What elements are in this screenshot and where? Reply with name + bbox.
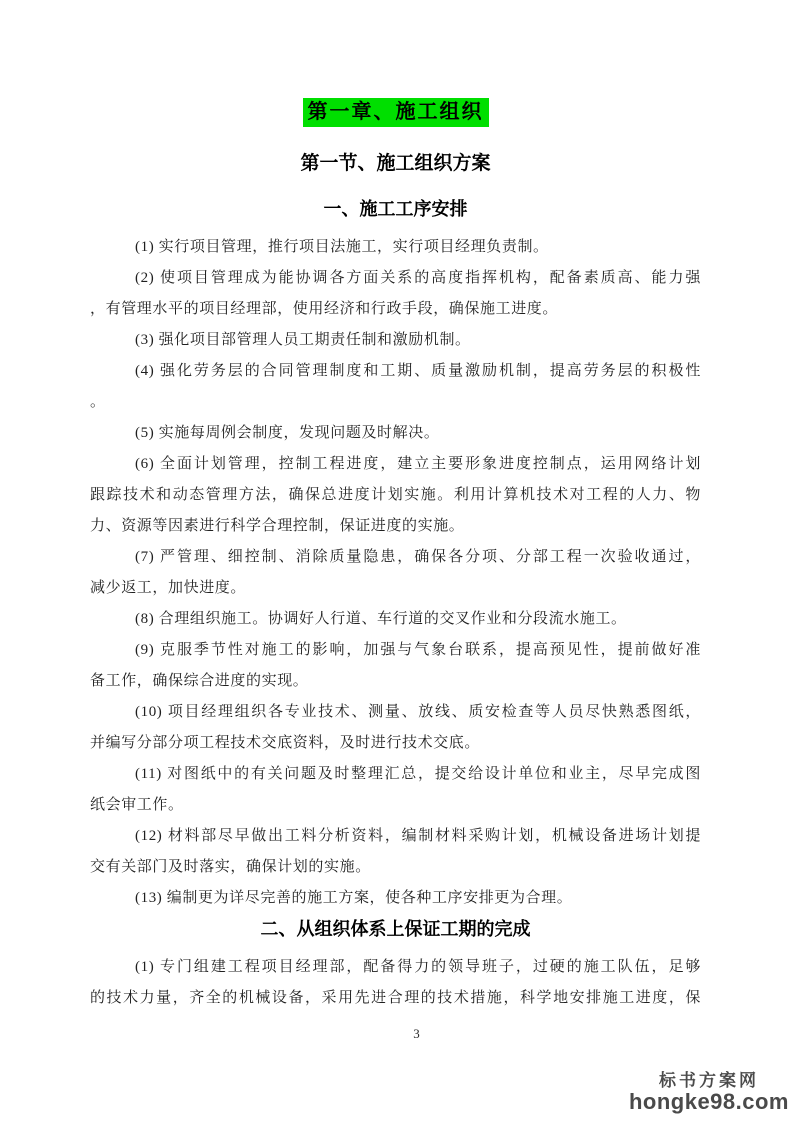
body-line: (5) 实施每周例会制度，发现问题及时解决。 bbox=[90, 418, 701, 449]
body-line: 跟踪技术和动态管理方法，确保总进度计划实施。利用计算机技术对工程的人力、物 bbox=[90, 480, 701, 511]
body-line: 纸会审工作。 bbox=[90, 790, 701, 821]
body-line: (2) 使项目管理成为能协调各方面关系的高度指挥机构，配备素质高、能力强 bbox=[90, 263, 701, 294]
body-line: 并编写分部分项工程技术交底资料，及时进行技术交底。 bbox=[90, 728, 701, 759]
watermark: 标书方案网 hongke98.com bbox=[629, 1071, 789, 1112]
subsection-heading: 二、从组织体系上保证工期的完成 bbox=[90, 916, 701, 943]
body-line: 交有关部门及时落实，确保计划的实施。 bbox=[90, 852, 701, 883]
document-page: 第一章、施工组织第一节、施工组织方案一、施工工序安排(1) 实行项目管理，推行项… bbox=[0, 0, 793, 1122]
subsection-heading: 一、施工工序安排 bbox=[90, 196, 701, 223]
watermark-site-name: 标书方案网 bbox=[629, 1071, 789, 1091]
body-line: 力、资源等因素进行科学合理控制，保证进度的实施。 bbox=[90, 511, 701, 542]
chapter-heading: 第一章、施工组织 bbox=[90, 98, 701, 127]
body-line: (7) 严管理、细控制、消除质量隐患，确保各分项、分部工程一次验收通过， bbox=[90, 542, 701, 573]
body-line: (6) 全面计划管理，控制工程进度，建立主要形象进度控制点，运用网络计划 bbox=[90, 449, 701, 480]
body-line: 备工作，确保综合进度的实现。 bbox=[90, 666, 701, 697]
body-line: (1) 实行项目管理，推行项目法施工，实行项目经理负责制。 bbox=[90, 232, 701, 263]
body-line: (11) 对图纸中的有关问题及时整理汇总，提交给设计单位和业主，尽早完成图 bbox=[90, 759, 701, 790]
page-number: 3 bbox=[0, 1025, 793, 1043]
body-line: (13) 编制更为详尽完善的施工方案，使各种工序安排更为合理。 bbox=[90, 883, 701, 914]
body-line: (12) 材料部尽早做出工料分析资料，编制材料采购计划，机械设备进场计划提 bbox=[90, 821, 701, 852]
body-line: (4) 强化劳务层的合同管理制度和工期、质量激励机制，提高劳务层的积极性 bbox=[90, 356, 701, 387]
watermark-site-url: hongke98.com bbox=[629, 1091, 789, 1112]
document-content: 第一章、施工组织第一节、施工组织方案一、施工工序安排(1) 实行项目管理，推行项… bbox=[90, 0, 701, 1014]
chapter-heading-highlight: 第一章、施工组织 bbox=[303, 98, 489, 127]
body-line: 减少返工，加快进度。 bbox=[90, 573, 701, 604]
body-line: (3) 强化项目部管理人员工期责任制和激励机制。 bbox=[90, 325, 701, 356]
section-heading: 第一节、施工组织方案 bbox=[90, 150, 701, 178]
body-line: (1) 专门组建工程项目经理部，配备得力的领导班子，过硬的施工队伍，足够 bbox=[90, 952, 701, 983]
body-line: (10) 项目经理组织各专业技术、测量、放线、质安检查等人员尽快熟悉图纸， bbox=[90, 697, 701, 728]
body-line: ，有管理水平的项目经理部，使用经济和行政手段，确保施工进度。 bbox=[90, 294, 701, 325]
body-line: 的技术力量，齐全的机械设备，采用先进合理的技术措施，科学地安排施工进度，保 bbox=[90, 983, 701, 1014]
body-line: (8) 合理组织施工。协调好人行道、车行道的交叉作业和分段流水施工。 bbox=[90, 604, 701, 635]
body-line: 。 bbox=[90, 387, 701, 418]
body-line: (9) 克服季节性对施工的影响，加强与气象台联系，提高预见性，提前做好准 bbox=[90, 635, 701, 666]
